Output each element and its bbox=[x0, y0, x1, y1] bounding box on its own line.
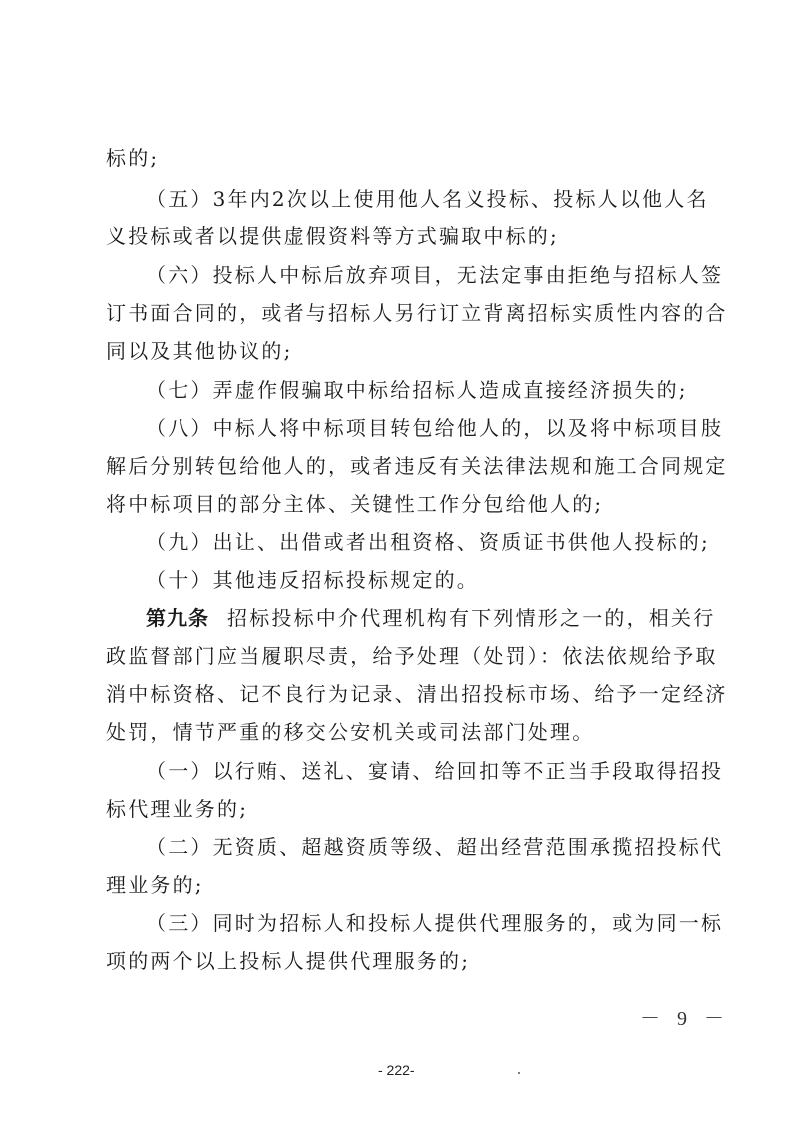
text-line: （十）其他违反招标投标规定的。 bbox=[146, 568, 746, 592]
text-line: 标的; bbox=[106, 146, 706, 170]
text-line: （二）无资质、超越资质等级、超出经营范围承揽招投标代 bbox=[146, 835, 746, 859]
text-line: （三）同时为招标人和投标人提供代理服务的，或为同一标 bbox=[146, 911, 746, 935]
text-line: （六）投标人中标后放弃项目，无法定事由拒绝与招标人签 bbox=[146, 263, 746, 287]
text-line: （七）弄虚作假骗取中标给招标人造成直接经济损失的; bbox=[146, 378, 746, 402]
text-line: 项的两个以上投标人提供代理服务的; bbox=[106, 949, 706, 973]
text-line: 解后分别转包给他人的，或者违反有关法律法规和施工合同规定 bbox=[106, 454, 706, 478]
document-page: 标的; （五）3年内2次以上使用他人名义投标、投标人以他人名 义投标或者以提供虚… bbox=[0, 0, 793, 1122]
text-line: 义投标或者以提供虚假资料等方式骗取中标的; bbox=[106, 224, 706, 248]
text-line: （九）出让、出借或者出租资格、资质证书供他人投标的; bbox=[146, 530, 746, 554]
footer-page-number: - 222- bbox=[378, 1062, 415, 1078]
text-line: （一）以行贿、送礼、宴请、给回扣等不正当手段取得招投 bbox=[146, 759, 746, 783]
text-line: （八）中标人将中标项目转包给他人的，以及将中标项目肢 bbox=[146, 416, 746, 440]
scan-speck bbox=[518, 1072, 520, 1074]
text-line: （五）3年内2次以上使用他人名义投标、投标人以他人名 bbox=[146, 187, 746, 211]
text-line: 理业务的; bbox=[106, 873, 706, 897]
page-number: － 9 － bbox=[640, 1002, 730, 1031]
text-line: 标代理业务的; bbox=[106, 797, 706, 821]
text-line: 同以及其他协议的; bbox=[106, 339, 706, 363]
article-heading: 第九条 bbox=[146, 606, 209, 630]
text-line: 处罚，情节严重的移交公安机关或司法部门处理。 bbox=[106, 720, 706, 744]
article-heading-line: 第九条招标投标中介代理机构有下列情形之一的，相关行 bbox=[146, 606, 746, 630]
text-line: 政监督部门应当履职尽责，给予处理（处罚）：依法依规给予取 bbox=[106, 644, 706, 668]
text-line: 消中标资格、记不良行为记录、清出招投标市场、给予一定经济 bbox=[106, 682, 706, 706]
text-line: 订书面合同的，或者与招标人另行订立背离招标实质性内容的合 bbox=[106, 301, 706, 325]
text-line: 招标投标中介代理机构有下列情形之一的，相关行 bbox=[227, 606, 715, 630]
text-line: 将中标项目的部分主体、关键性工作分包给他人的; bbox=[106, 492, 706, 516]
